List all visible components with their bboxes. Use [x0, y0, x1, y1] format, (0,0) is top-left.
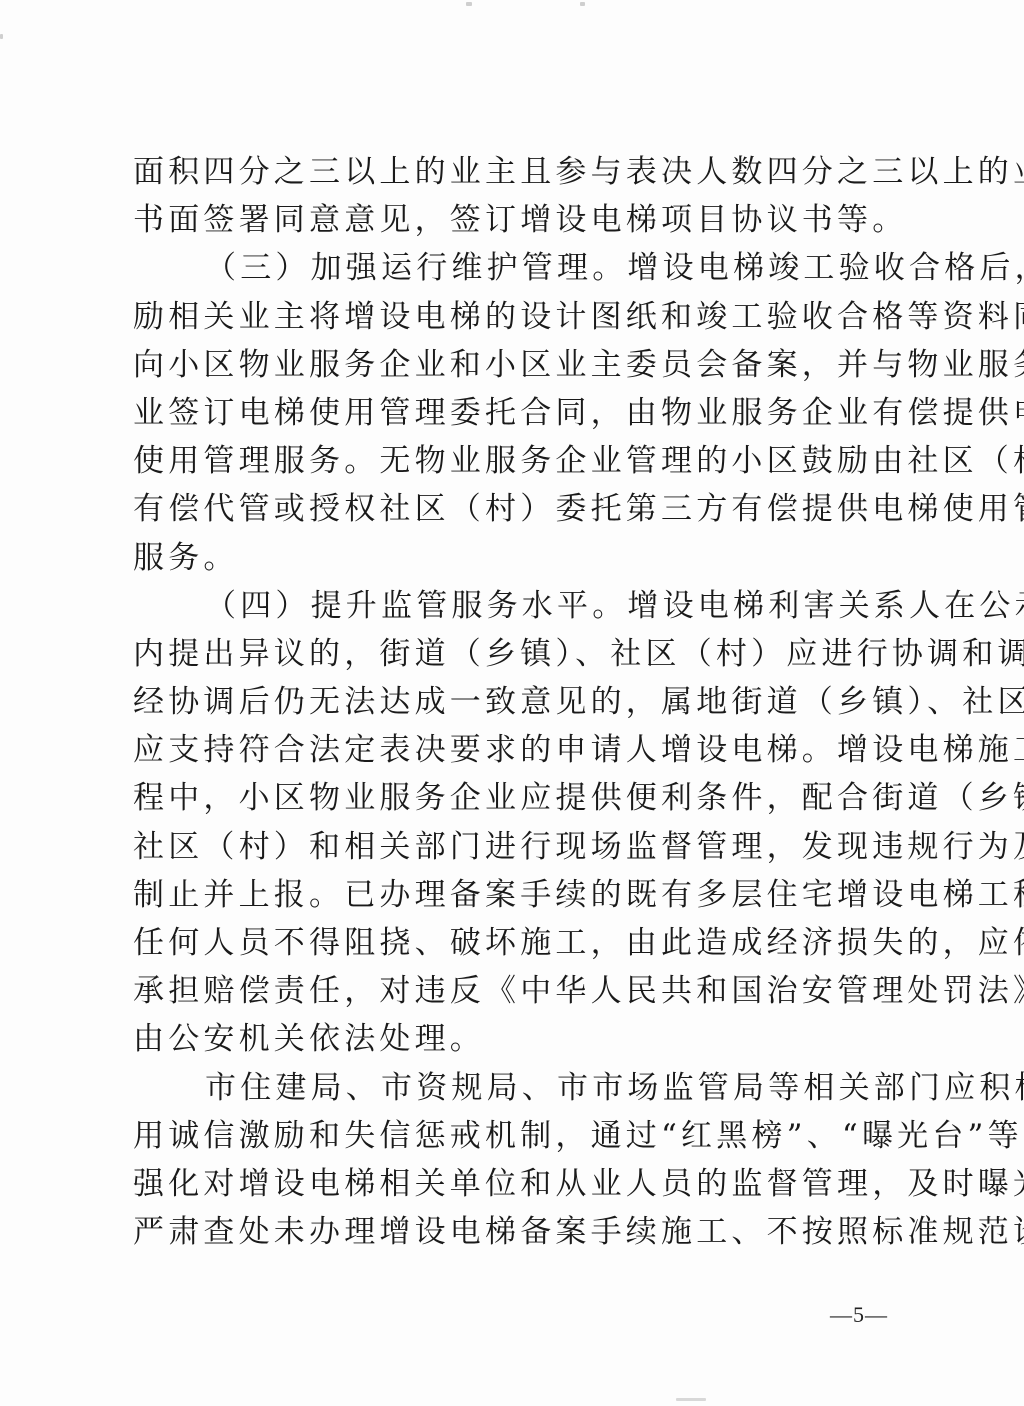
text-line: 承担赔偿责任，对违反《中华人民共和国治安管理处罚法》的，	[133, 967, 893, 1015]
text-line: 程中，小区物业服务企业应提供便利条件，配合街道（乡镇）、	[133, 774, 893, 822]
scan-artifact	[676, 1398, 706, 1401]
text-line: 使用管理服务。无物业服务企业管理的小区鼓励由社区（村）	[133, 437, 893, 485]
text-line: 服务。	[133, 534, 893, 582]
text-line: 任何人员不得阻挠、破坏施工，由此造成经济损失的，应依法	[133, 919, 893, 967]
document-page: 面积四分之三以上的业主且参与表决人数四分之三以上的业主 书面签署同意意见，签订增…	[0, 0, 1024, 1406]
text-line: 由公安机关依法处理。	[133, 1015, 893, 1063]
text-line: 严肃查处未办理增设电梯备案手续施工、不按照标准规范设计、	[133, 1208, 893, 1256]
text-line: 励相关业主将增设电梯的设计图纸和竣工验收合格等资料同时	[133, 293, 893, 341]
scan-artifact	[466, 2, 472, 6]
text-line: 制止并上报。已办理备案手续的既有多层住宅增设电梯工程，	[133, 871, 893, 919]
text-line: 用诚信激励和失信惩戒机制，通过“红黑榜”、“曝光台”等方式，	[133, 1112, 893, 1160]
scan-artifact	[0, 34, 3, 39]
text-line: 业签订电梯使用管理委托合同，由物业服务企业有偿提供电梯	[133, 389, 893, 437]
text-line: 经协调后仍无法达成一致意见的，属地街道（乡镇）、社区（村）	[133, 678, 893, 726]
text-line: 向小区物业服务企业和小区业主委员会备案，并与物业服务企	[133, 341, 893, 389]
text-line: 书面签署同意意见，签订增设电梯项目协议书等。	[133, 196, 893, 244]
text-line: 应支持符合法定表决要求的申请人增设电梯。增设电梯施工过	[133, 726, 893, 774]
text-line: 有偿代管或授权社区（村）委托第三方有偿提供电梯使用管理	[133, 485, 893, 533]
text-line: （四）提升监管服务水平。增设电梯利害关系人在公示期	[133, 582, 893, 630]
page-number: —5—	[830, 1302, 888, 1328]
body-text: 面积四分之三以上的业主且参与表决人数四分之三以上的业主 书面签署同意意见，签订增…	[133, 148, 893, 1256]
text-line: 强化对增设电梯相关单位和从业人员的监督管理，及时曝光、	[133, 1160, 893, 1208]
text-line: 面积四分之三以上的业主且参与表决人数四分之三以上的业主	[133, 148, 893, 196]
text-line: 市住建局、市资规局、市市场监管局等相关部门应积极运	[133, 1064, 893, 1112]
text-line: 内提出异议的，街道（乡镇）、社区（村）应进行协调和调解，	[133, 630, 893, 678]
text-line: 社区（村）和相关部门进行现场监督管理，发现违规行为及时	[133, 823, 893, 871]
scan-artifact	[580, 2, 585, 6]
text-line: （三）加强运行维护管理。增设电梯竣工验收合格后，鼓	[133, 244, 893, 292]
